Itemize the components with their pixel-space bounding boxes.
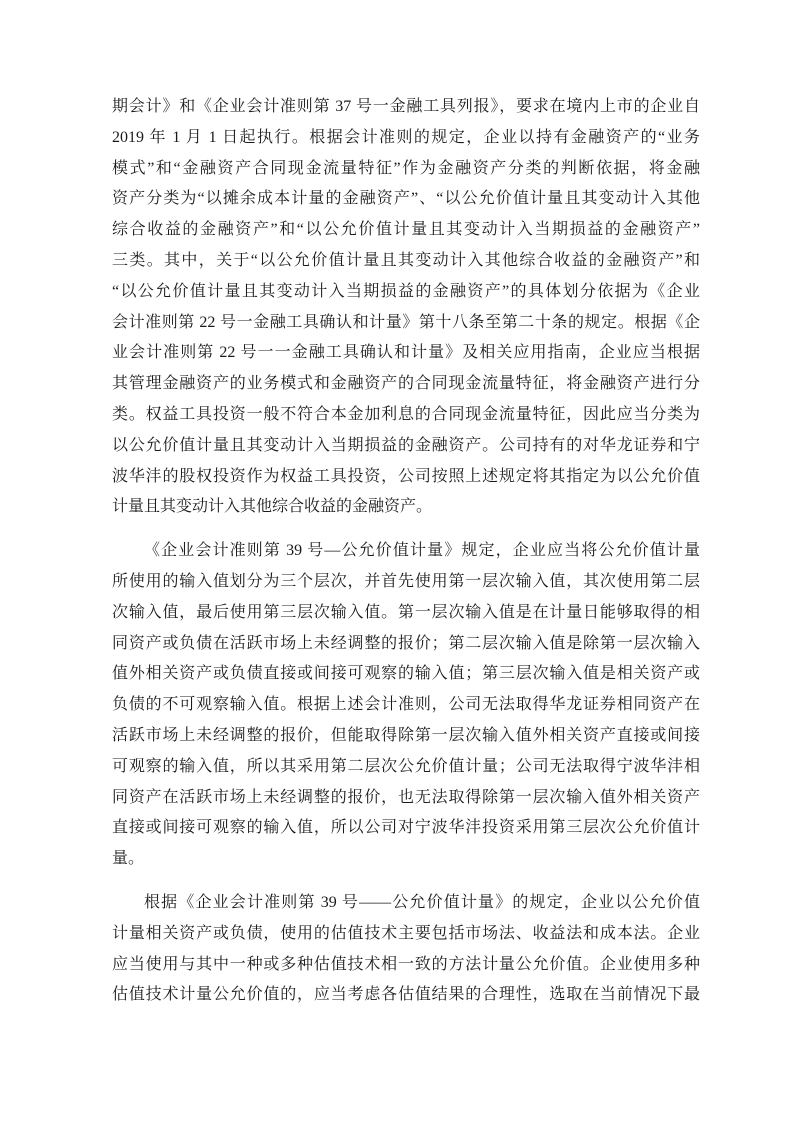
text-line: 2019 年 1 月 1 日起执行。根据会计准则的规定，企业以持有金融资产的“业… [112,123,700,154]
text-line: 资产分类为“以摊余成本计量的金融资产”、“以公允价值计量且其变动计入其他 [112,184,700,215]
text-line: 同资产在活跃市场上未经调整的报价，也无法取得除第一层次输入值外相关资产 [112,783,700,814]
document-text-block: 期会计》和《企业会计准则第 37 号一金融工具列报》，要求在境内上市的企业自 2… [112,92,700,1011]
paragraph-1: 期会计》和《企业会计准则第 37 号一金融工具列报》，要求在境内上市的企业自 2… [112,92,700,523]
paragraph-3: 根据《企业会计准则第 39 号——公允价值计量》的规定，企业以公允价值 计量相关… [112,888,700,1011]
paragraph-2: 《企业会计准则第 39 号—公允价值计量》规定，企业应当将公允价值计量 所使用的… [112,536,700,875]
text-line: 三类。其中，关于“以公允价值计量且其变动计入其他综合收益的金融资产”和 [112,246,700,277]
text-line: 次输入值，最后使用第三层次输入值。第一层次输入值是在计量日能够取得的相 [112,598,700,629]
text-line: 会计准则第 22 号一金融工具确认和计量》第十八条至第二十条的规定。根据《企 [112,308,700,339]
text-line: 计量相关资产或负债，使用的估值技术主要包括市场法、收益法和成本法。企业 [112,919,700,950]
text-line: 可观察的输入值，所以其采用第二层次公允价值计量；公司无法取得宁波华沣相 [112,752,700,783]
text-line: 业会计准则第 22 号一一金融工具确认和计量》及相关应用指南，企业应当根据 [112,338,700,369]
text-line: 负债的不可观察输入值。根据上述会计准则，公司无法取得华龙证券相同资产在 [112,690,700,721]
text-line: “以公允价值计量且其变动计入当期损益的金融资产”的具体划分依据为《企业 [112,277,700,308]
text-line: 《企业会计准则第 39 号—公允价值计量》规定，企业应当将公允价值计量 [112,536,700,567]
text-line: 估值技术计量公允价值的，应当考虑各估值结果的合理性，选取在当前情况下最 [112,980,700,1011]
text-line: 同资产或负债在活跃市场上未经调整的报价；第二层次输入值是除第一层次输入 [112,629,700,660]
text-line: 计量且其变动计入其他综合收益的金融资产。 [112,492,700,523]
text-line: 值外相关资产或负债直接或间接可观察的输入值；第三层次输入值是相关资产或 [112,659,700,690]
text-line: 波华沣的股权投资作为权益工具投资，公司按照上述规定将其指定为以公允价值 [112,462,700,493]
document-page: 期会计》和《企业会计准则第 37 号一金融工具列报》，要求在境内上市的企业自 2… [0,0,793,1122]
text-line: 其管理金融资产的业务模式和金融资产的合同现金流量特征，将金融资产进行分 [112,369,700,400]
text-line: 应当使用与其中一种或多种估值技术相一致的方法计量公允价值。企业使用多种 [112,950,700,981]
text-line: 活跃市场上未经调整的报价，但能取得除第一层次输入值外相关资产直接或间接 [112,721,700,752]
text-line: 期会计》和《企业会计准则第 37 号一金融工具列报》，要求在境内上市的企业自 [112,92,700,123]
text-line: 根据《企业会计准则第 39 号——公允价值计量》的规定，企业以公允价值 [112,888,700,919]
text-line: 直接或间接可观察的输入值，所以公司对宁波华沣投资采用第三层次公允价值计 [112,813,700,844]
text-line: 所使用的输入值划分为三个层次，并首先使用第一层次输入值，其次使用第二层 [112,567,700,598]
text-line: 量。 [112,844,700,875]
text-line: 以公允价值计量且其变动计入当期损益的金融资产。公司持有的对华龙证券和宁 [112,431,700,462]
text-line: 综合收益的金融资产”和“以公允价值计量且其变动计入当期损益的金融资产” [112,215,700,246]
text-line: 类。权益工具投资一般不符合本金加利息的合同现金流量特征，因此应当分类为 [112,400,700,431]
text-line: 模式”和“金融资产合同现金流量特征”作为金融资产分类的判断依据，将金融 [112,154,700,185]
